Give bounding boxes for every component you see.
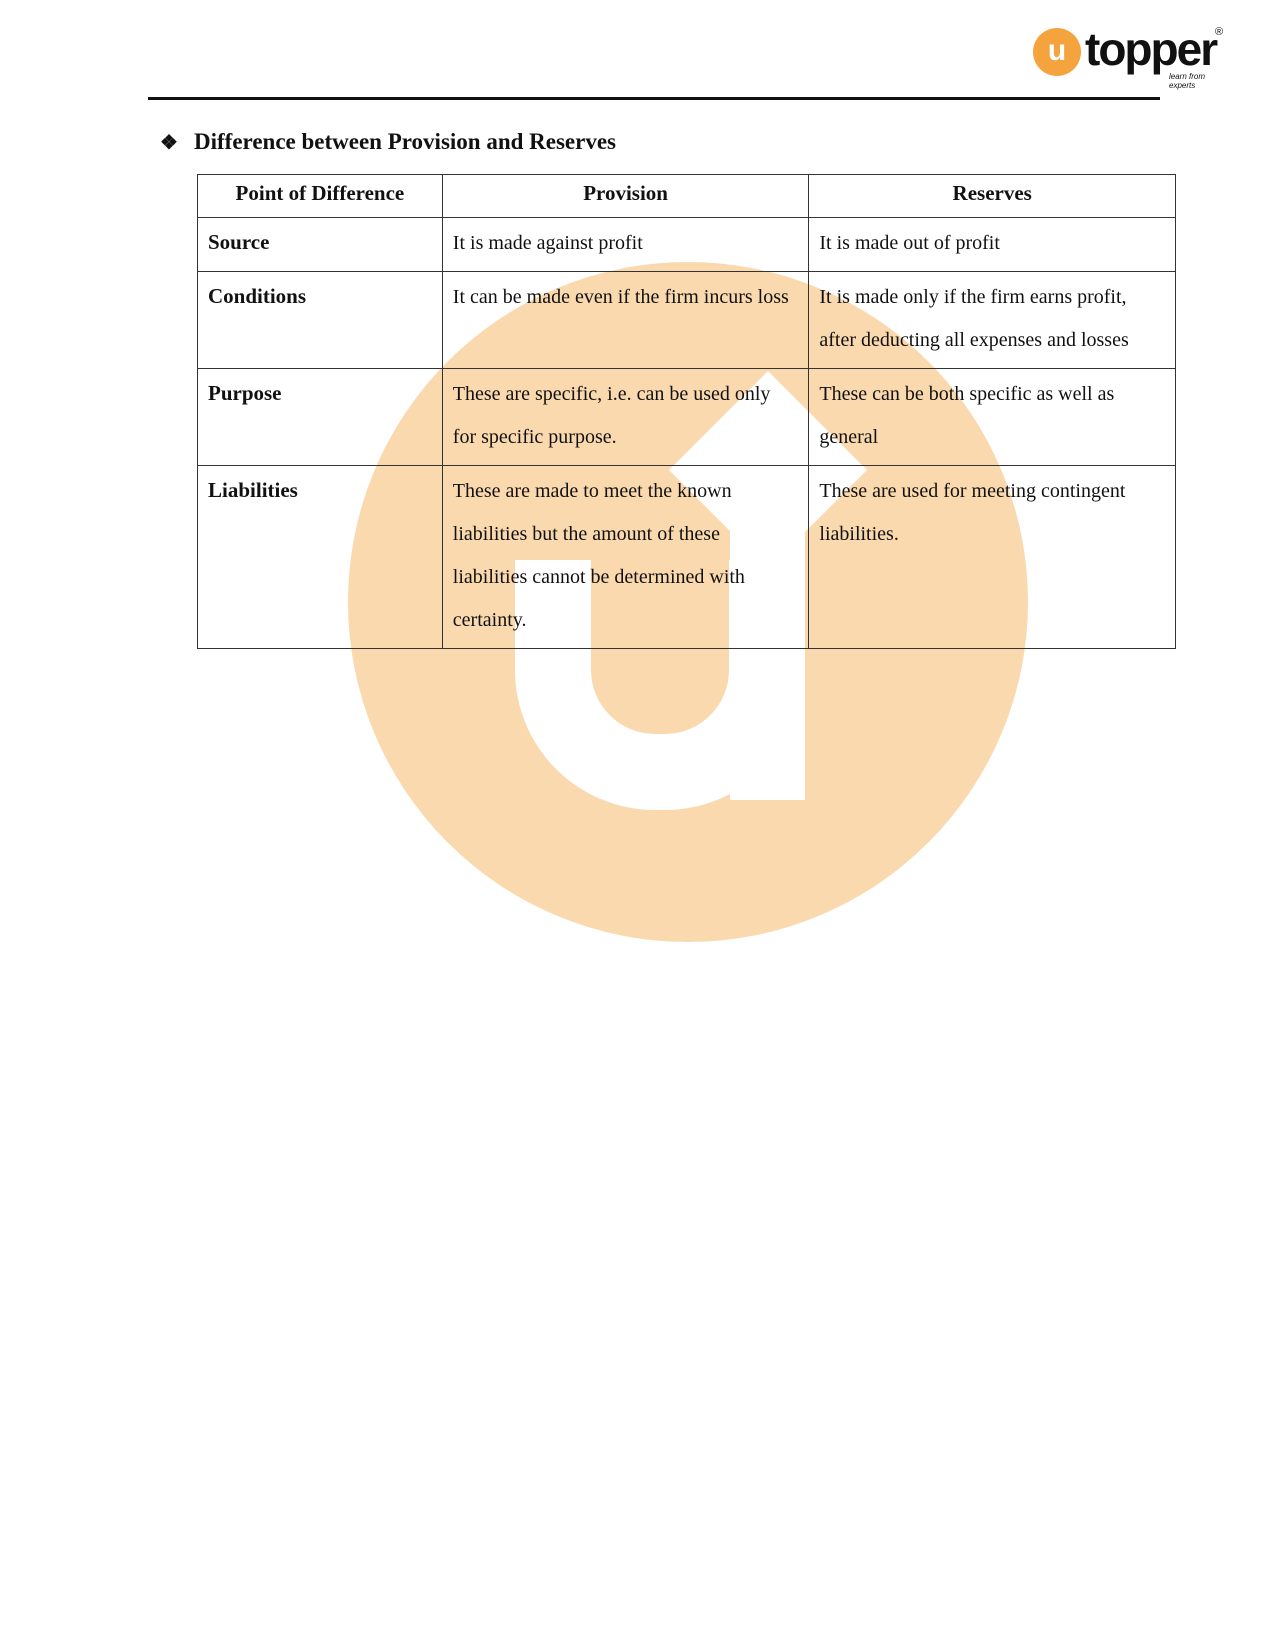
provision-cell: These are specific, i.e. can be used onl… xyxy=(442,369,809,466)
table-row: Source It is made against profit It is m… xyxy=(198,218,1176,272)
reserves-cell: These are used for meeting contingent li… xyxy=(809,466,1176,649)
header-provision: Provision xyxy=(442,175,809,218)
provision-cell: These are made to meet the known liabili… xyxy=(442,466,809,649)
topper-logo: u topper ® learn from experts xyxy=(1033,28,1233,82)
row-label: Conditions xyxy=(198,272,443,369)
table-header-row: Point of Difference Provision Reserves xyxy=(198,175,1176,218)
provision-cell: It is made against profit xyxy=(442,218,809,272)
reserves-cell: It is made out of profit xyxy=(809,218,1176,272)
comparison-table: Point of Difference Provision Reserves S… xyxy=(197,174,1176,649)
table-row: Conditions It can be made even if the fi… xyxy=(198,272,1176,369)
reserves-cell: It is made only if the firm earns profit… xyxy=(809,272,1176,369)
row-label: Purpose xyxy=(198,369,443,466)
reserves-cell: These can be both specific as well as ge… xyxy=(809,369,1176,466)
logo-name: topper xyxy=(1085,22,1216,76)
header-divider xyxy=(148,97,1160,100)
provision-cell: It can be made even if the firm incurs l… xyxy=(442,272,809,369)
logo-tagline: learn from experts xyxy=(1169,72,1233,90)
diamond-bullet-icon: ❖ xyxy=(160,130,194,155)
registered-mark: ® xyxy=(1215,26,1223,38)
section-heading: ❖Difference between Provision and Reserv… xyxy=(160,129,616,155)
heading-title: Difference between Provision and Reserve… xyxy=(194,129,616,154)
table-row: Purpose These are specific, i.e. can be … xyxy=(198,369,1176,466)
table-row: Liabilities These are made to meet the k… xyxy=(198,466,1176,649)
header-reserves: Reserves xyxy=(809,175,1176,218)
row-label: Liabilities xyxy=(198,466,443,649)
header-point: Point of Difference xyxy=(198,175,443,218)
logo-u-icon: u xyxy=(1033,28,1081,76)
row-label: Source xyxy=(198,218,443,272)
